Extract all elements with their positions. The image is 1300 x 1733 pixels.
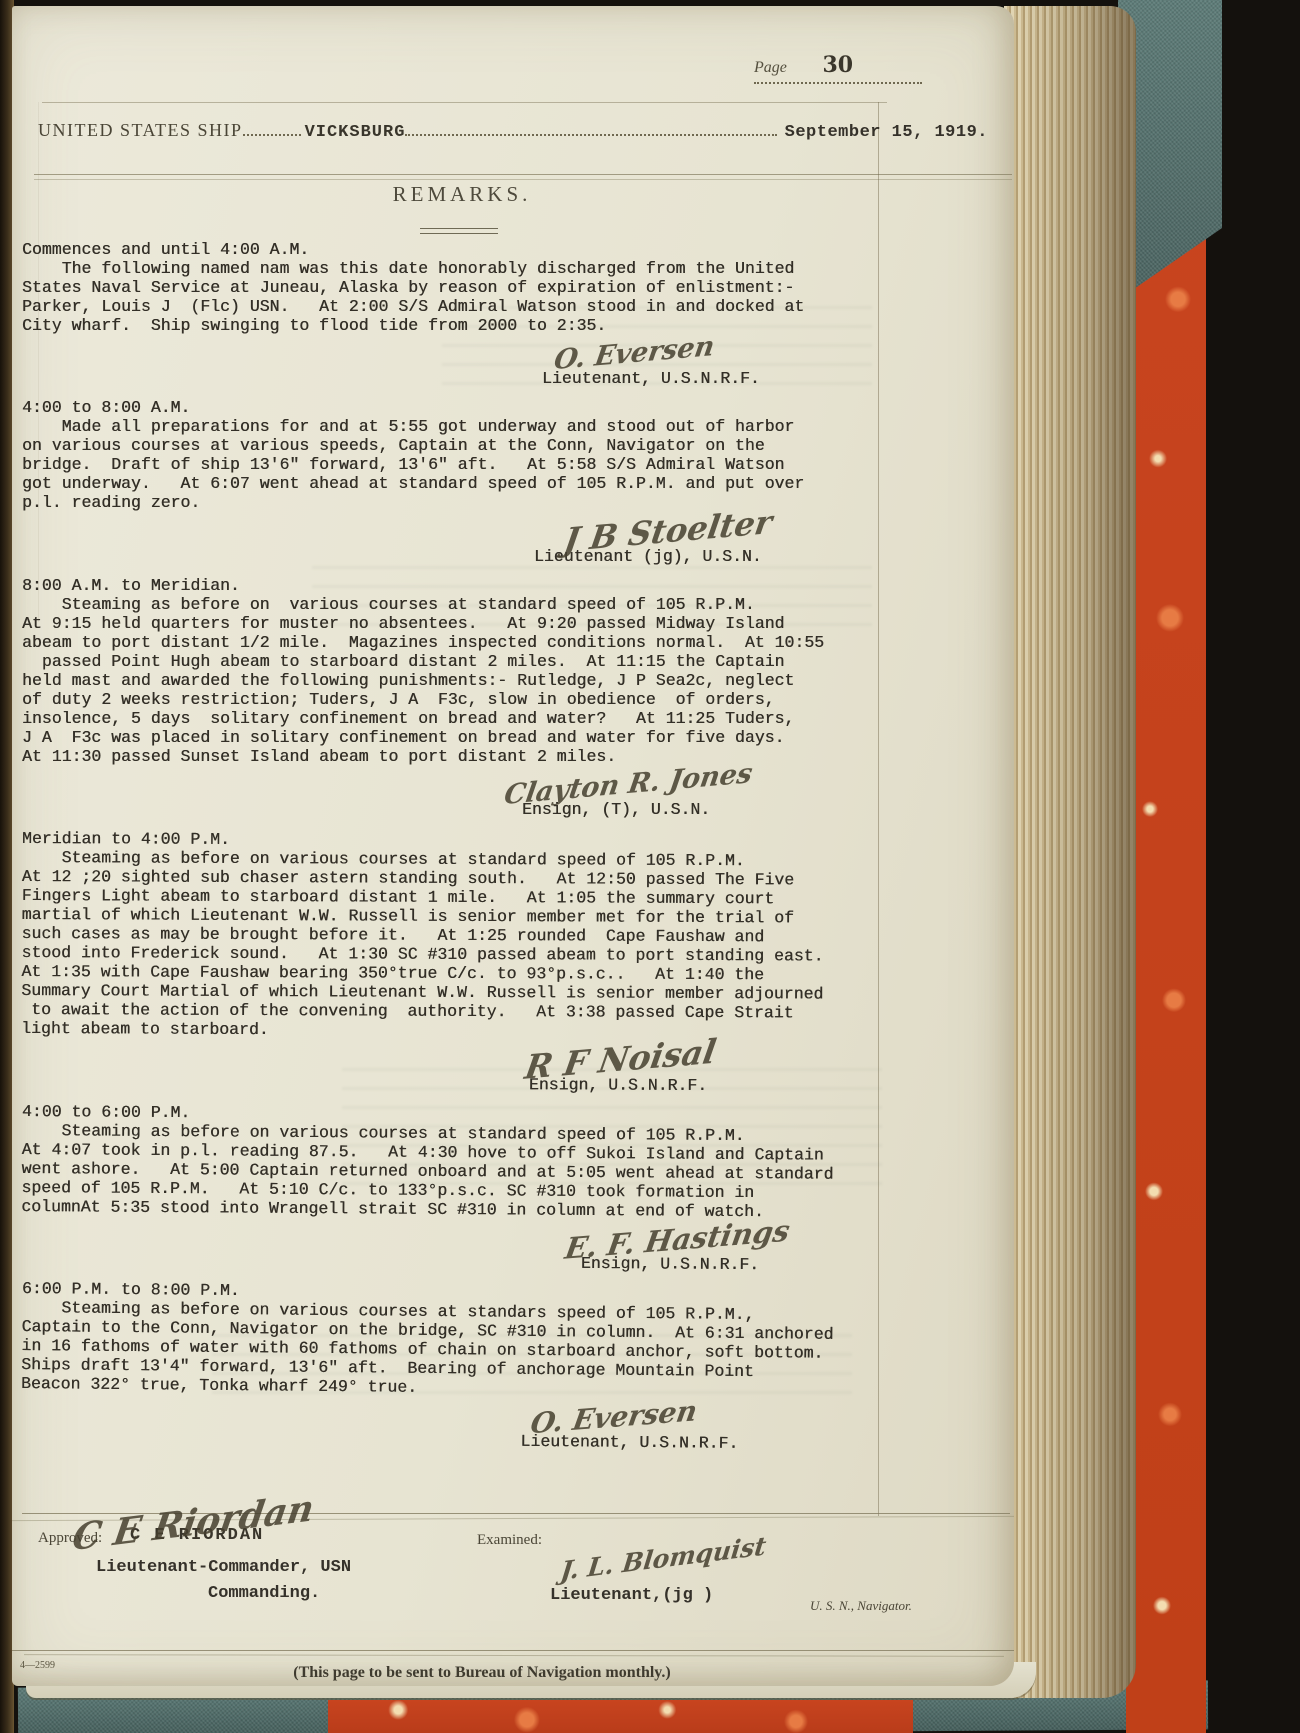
ship-label: UNITED STATES SHIP bbox=[38, 120, 243, 141]
bottom-rule-2 bbox=[24, 1654, 1004, 1657]
signature-block: E. F. Hastings Ensign, U.S.N.R.F. bbox=[21, 1220, 903, 1275]
entry-body: Steaming as before on various courses at… bbox=[21, 1121, 904, 1222]
entry-body: Made all preparations for and at 5:55 go… bbox=[22, 417, 904, 512]
signature-block: J B Stoelter Lieutenant (jg), U.S.N. bbox=[22, 516, 904, 566]
signature-block: Clayton R. Jones Ensign, (T), U.S.N. bbox=[22, 770, 904, 819]
footer-rule-2 bbox=[12, 1516, 1014, 1521]
approved-typed-name: C E RIORDAN bbox=[130, 1526, 264, 1545]
entry-heading: 4:00 to 8:00 A.M. bbox=[22, 398, 904, 417]
log-entry-1600-1800: 4:00 to 6:00 P.M. Steaming as before on … bbox=[21, 1102, 904, 1275]
entry-body: The following named nam was this date ho… bbox=[22, 259, 904, 335]
remarks-underline bbox=[420, 228, 498, 234]
book-cover-marble-right bbox=[1126, 140, 1206, 1733]
dotted-rule bbox=[243, 120, 301, 136]
page-stack-edges bbox=[1004, 6, 1136, 1698]
form-number: 4—2599 bbox=[20, 1660, 55, 1671]
bureau-note: (This page to be sent to Bureau of Navig… bbox=[132, 1664, 832, 1682]
header-rule-top bbox=[42, 102, 887, 103]
entry-heading: 8:00 A.M. to Meridian. bbox=[22, 576, 904, 595]
remarks-title: REMARKS. bbox=[12, 182, 912, 207]
examined-label: Examined: bbox=[477, 1532, 542, 1549]
signature-block: O. Eversen Lieutenant, U.S.N.R.F. bbox=[22, 339, 904, 388]
log-date: September 15, 1919. bbox=[785, 123, 988, 142]
log-entry-0800-meridian: 8:00 A.M. to Meridian. Steaming as befor… bbox=[22, 576, 904, 819]
examined-signature: J. L. Blomquist bbox=[559, 1531, 768, 1586]
header-rule-bottom-1 bbox=[34, 174, 1012, 175]
log-entry-meridian-1600: Meridian to 4:00 P.M. Steaming as before… bbox=[21, 829, 904, 1096]
signature-block: R F Noisal Ensign, U.S.N.R.F. bbox=[21, 1042, 903, 1096]
log-entry-1800-2000: 6:00 P.M. to 8:00 P.M. Steaming as befor… bbox=[20, 1279, 904, 1454]
approved-signature: C E Riordan bbox=[69, 1487, 316, 1560]
log-header: UNITED STATES SHIP VICKSBURG September 1… bbox=[38, 120, 988, 142]
log-entry-0000-0400: Commences and until 4:00 A.M. The follow… bbox=[22, 240, 904, 388]
page-number-block: Page 30 bbox=[754, 52, 922, 84]
entry-body: Steaming as before on various courses at… bbox=[21, 1298, 904, 1401]
dotted-rule bbox=[405, 120, 776, 136]
entry-body: Steaming as before on various courses at… bbox=[21, 848, 904, 1042]
page-number: 30 bbox=[822, 52, 853, 78]
signature-block: O. Eversen Lieutenant, U.S.N.R.F. bbox=[20, 1397, 902, 1454]
footer-rule-1 bbox=[22, 1513, 1010, 1514]
remarks-content: Commences and until 4:00 A.M. The follow… bbox=[22, 240, 904, 1446]
approved-label: Approved: bbox=[38, 1530, 102, 1547]
log-page: Page 30 UNITED STATES SHIP VICKSBURG Sep… bbox=[12, 6, 1014, 1686]
approved-subtitle: Commanding. bbox=[208, 1584, 320, 1603]
ship-name: VICKSBURG bbox=[305, 123, 406, 142]
logbook-photo: Page 30 UNITED STATES SHIP VICKSBURG Sep… bbox=[0, 0, 1300, 1733]
entry-body: Steaming as before on various courses at… bbox=[22, 595, 904, 766]
approved-title: Lieutenant-Commander, USN bbox=[96, 1558, 351, 1577]
book-cover-marble-bottom bbox=[328, 1700, 913, 1733]
examined-title: Lieutenant,(jg ) bbox=[550, 1586, 713, 1605]
log-entry-0400-0800: 4:00 to 8:00 A.M. Made all preparations … bbox=[22, 398, 904, 566]
bottom-rule-1 bbox=[12, 1650, 1014, 1651]
page-label: Page bbox=[754, 59, 787, 76]
navigator-note: U. S. N., Navigator. bbox=[810, 1598, 912, 1614]
entry-heading: Commences and until 4:00 A.M. bbox=[22, 240, 904, 259]
header-rule-bottom-2 bbox=[34, 179, 1012, 180]
